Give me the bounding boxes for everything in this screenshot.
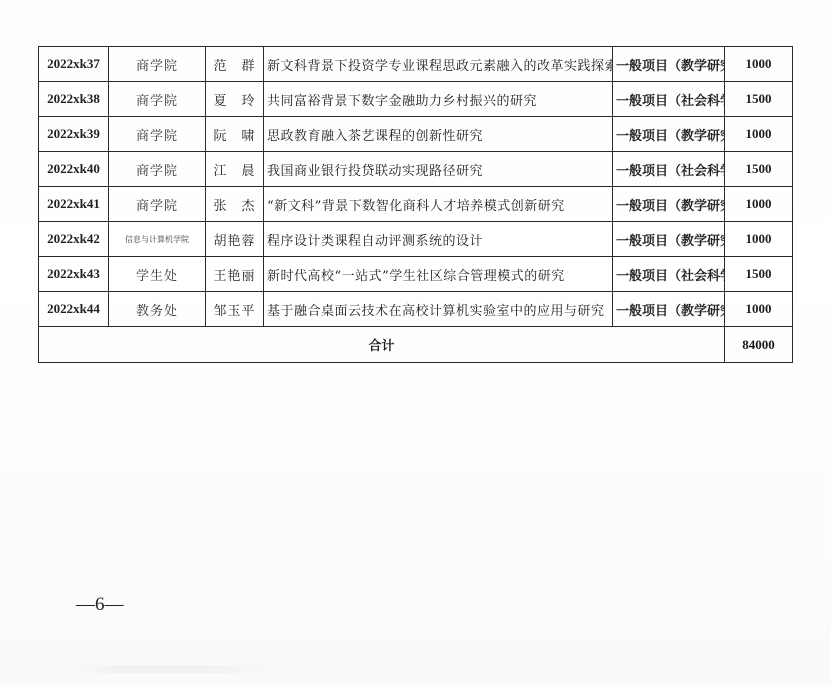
leader-name-cell: 夏 玲 <box>206 82 264 117</box>
project-category-cell: 一般项目（社会科学） <box>613 152 725 187</box>
project-id-cell: 2022xk43 <box>39 257 109 292</box>
department-cell: 教务处 <box>109 292 206 327</box>
project-title-cell: 思政教育融入茶艺课程的创新性研究 <box>264 117 613 152</box>
project-funding-table: 2022xk37 商学院 范 群 新文科背景下投资学专业课程思政元素融入的改革实… <box>38 46 793 363</box>
table-row: 2022xk37 商学院 范 群 新文科背景下投资学专业课程思政元素融入的改革实… <box>39 47 793 82</box>
leader-name-cell: 张 杰 <box>206 187 264 222</box>
funding-amount-cell: 1500 <box>725 82 793 117</box>
department-cell: 学生处 <box>109 257 206 292</box>
project-id-cell: 2022xk39 <box>39 117 109 152</box>
project-category-cell: 一般项目（教学研究） <box>613 222 725 257</box>
table-row: 2022xk42 信息与计算机学院 胡艳蓉 程序设计类课程自动评测系统的设计 一… <box>39 222 793 257</box>
department-cell: 商学院 <box>109 187 206 222</box>
funding-amount-cell: 1500 <box>725 257 793 292</box>
project-id-cell: 2022xk37 <box>39 47 109 82</box>
project-id-cell: 2022xk41 <box>39 187 109 222</box>
total-row: 合计 84000 <box>39 327 793 363</box>
department-cell: 商学院 <box>109 82 206 117</box>
department-cell: 商学院 <box>109 47 206 82</box>
project-category-cell: 一般项目（教学研究） <box>613 47 725 82</box>
table-row: 2022xk43 学生处 王艳丽 新时代高校“一站式”学生社区综合管理模式的研究… <box>39 257 793 292</box>
total-amount: 84000 <box>725 327 793 363</box>
project-category-cell: 一般项目（教学研究） <box>613 292 725 327</box>
leader-name-cell: 胡艳蓉 <box>206 222 264 257</box>
project-title-cell: 基于融合桌面云技术在高校计算机实验室中的应用与研究 <box>264 292 613 327</box>
leader-name-cell: 范 群 <box>206 47 264 82</box>
project-category-cell: 一般项目（教学研究） <box>613 117 725 152</box>
project-title-cell: 我国商业银行投贷联动实现路径研究 <box>264 152 613 187</box>
project-title-cell: “新文科”背景下数智化商科人才培养模式创新研究 <box>264 187 613 222</box>
project-category-cell: 一般项目（教学研究） <box>613 187 725 222</box>
funding-amount-cell: 1000 <box>725 47 793 82</box>
table-row: 2022xk38 商学院 夏 玲 共同富裕背景下数字金融助力乡村振兴的研究 一般… <box>39 82 793 117</box>
project-id-cell: 2022xk42 <box>39 222 109 257</box>
table-row: 2022xk39 商学院 阮 啸 思政教育融入茶艺课程的创新性研究 一般项目（教… <box>39 117 793 152</box>
funding-amount-cell: 1000 <box>725 187 793 222</box>
project-title-cell: 共同富裕背景下数字金融助力乡村振兴的研究 <box>264 82 613 117</box>
department-cell: 商学院 <box>109 117 206 152</box>
funding-amount-cell: 1000 <box>725 222 793 257</box>
table-row: 2022xk41 商学院 张 杰 “新文科”背景下数智化商科人才培养模式创新研究… <box>39 187 793 222</box>
funding-amount-cell: 1500 <box>725 152 793 187</box>
leader-name-cell: 江 晨 <box>206 152 264 187</box>
project-title-cell: 新时代高校“一站式”学生社区综合管理模式的研究 <box>264 257 613 292</box>
table-row: 2022xk40 商学院 江 晨 我国商业银行投贷联动实现路径研究 一般项目（社… <box>39 152 793 187</box>
project-category-cell: 一般项目（社会科学） <box>613 257 725 292</box>
scan-artifact <box>60 665 290 673</box>
project-id-cell: 2022xk44 <box>39 292 109 327</box>
department-cell: 信息与计算机学院 <box>109 222 206 257</box>
funding-amount-cell: 1000 <box>725 117 793 152</box>
funding-amount-cell: 1000 <box>725 292 793 327</box>
project-id-cell: 2022xk40 <box>39 152 109 187</box>
page-number: —6— <box>76 594 124 616</box>
leader-name-cell: 阮 啸 <box>206 117 264 152</box>
project-id-cell: 2022xk38 <box>39 82 109 117</box>
project-title-cell: 新文科背景下投资学专业课程思政元素融入的改革实践探索 <box>264 47 613 82</box>
project-title-cell: 程序设计类课程自动评测系统的设计 <box>264 222 613 257</box>
table-row: 2022xk44 教务处 邹玉平 基于融合桌面云技术在高校计算机实验室中的应用与… <box>39 292 793 327</box>
leader-name-cell: 邹玉平 <box>206 292 264 327</box>
project-category-cell: 一般项目（社会科学） <box>613 82 725 117</box>
department-cell: 商学院 <box>109 152 206 187</box>
total-label: 合计 <box>39 327 725 363</box>
leader-name-cell: 王艳丽 <box>206 257 264 292</box>
